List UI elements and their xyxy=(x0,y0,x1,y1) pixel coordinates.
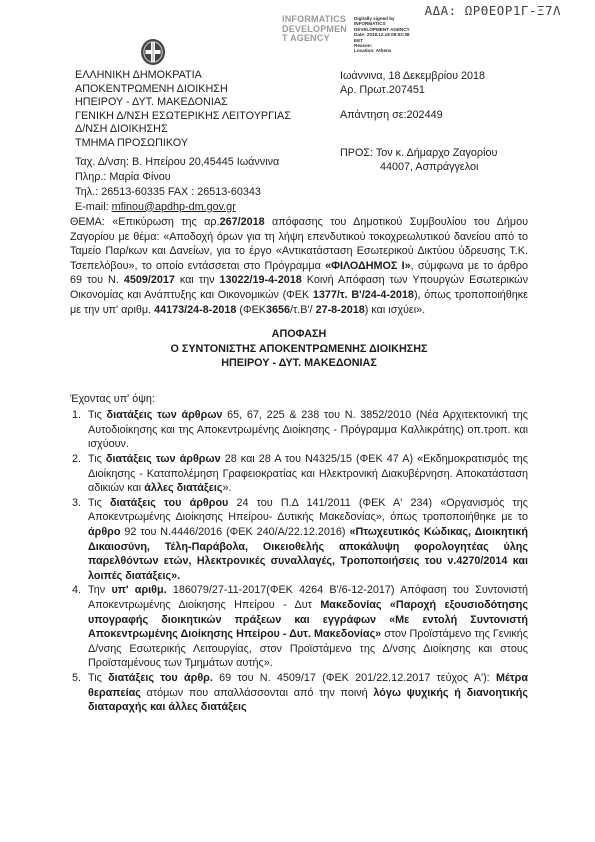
email-link[interactable]: mfinou@apdhp-dm.gov.gr xyxy=(112,201,236,213)
item-number: 2. xyxy=(70,452,88,496)
org-line-administration: ΑΠΟΚΕΝΤΡΩΜΕΝΗ ΔΙΟΙΚΗΣΗ xyxy=(75,83,291,97)
list-item: 4. Την υπ' αριθμ. 186079/27-11-2017(ΦΕΚ … xyxy=(70,583,528,671)
item-number: 5. xyxy=(70,671,88,715)
item-text: Την υπ' αριθμ. 186079/27-11-2017(ΦΕΚ 426… xyxy=(88,583,528,671)
item-text: Τις διατάξεις των άρθρων 28 και 28 Α του… xyxy=(88,452,528,496)
postal-address-line: Ταχ. Δ/νση: Β. Ηπείρου 20,45445 Ιωάννινα xyxy=(75,155,291,170)
item-text: Τις διατάξεις του άρθρ. 69 του Ν. 4509/1… xyxy=(88,671,528,715)
item-number: 3. xyxy=(70,496,88,584)
org-line-region: ΗΠΕΙΡΟΥ - ΔΥΤ. ΜΑΚΕΔΟΝΙΑΣ xyxy=(75,96,291,110)
signature-detail-line: Date: 2018.12.18 08:52:38 xyxy=(354,32,410,37)
email-label: E-mail: xyxy=(75,201,112,213)
decision-heading: ΑΠΟΦΑΣΗ Ο ΣΥΝΤΟΝΙΣΤΗΣ ΑΠΟΚΕΝΤΡΩΜΕΝΗΣ ΔΙΟ… xyxy=(70,327,528,371)
agency-name-line: T AGENCY xyxy=(282,34,347,44)
list-item: 1. Τις διατάξεις των άρθρων 65, 67, 225 … xyxy=(70,408,528,452)
item-text: Τις διατάξεις του άρθρου 24 του Π.Δ 141/… xyxy=(88,496,528,584)
signature-detail-line: Location: Athens xyxy=(354,48,410,53)
item-text: Τις διατάξεις των άρθρων 65, 67, 225 & 2… xyxy=(88,408,528,452)
signature-agency-name: INFORMATICS DEVELOPMEN T AGENCY xyxy=(282,15,347,44)
list-item: 5. Τις διατάξεις του άρθρ. 69 του Ν. 450… xyxy=(70,671,528,715)
considerations-list: 1. Τις διατάξεις των άρθρων 65, 67, 225 … xyxy=(70,408,528,714)
signature-details: Digitally signed by INFORMATICS DEVELOPM… xyxy=(354,16,410,54)
reply-to-line: Απάντηση σε:202449 xyxy=(340,108,497,122)
decision-authority: Ο ΣΥΝΤΟΝΙΣΤΗΣ ΑΠΟΚΕΝΤΡΩΜΕΝΗΣ ΔΙΟΙΚΗΣΗΣ xyxy=(70,342,528,357)
phone-fax-line: Τηλ.: 26513-60335 FAX : 26513-60343 xyxy=(75,185,291,200)
sender-block: ΕΛΛΗΝΙΚΗ ΔΗΜΟΚΡΑΤΙΑ ΑΠΟΚΕΝΤΡΩΜΕΝΗ ΔΙΟΙΚΗ… xyxy=(75,69,291,215)
recipient-line: ΠΡΟΣ: Τον κ. Δήμαρχο Ζαγορίου xyxy=(340,146,497,160)
org-line-directorate-general: ΓΕΝΙΚΗ Δ/ΝΣΗ ΕΣΩΤΕΡΙΚΗΣ ΛΕΙΤΟΥΡΓΙΑΣ xyxy=(75,110,291,124)
org-line-department: ΤΜΗΜΑ ΠΡΟΣΩΠΙΚΟΥ xyxy=(75,137,291,151)
list-item: 3. Τις διατάξεις του άρθρου 24 του Π.Δ 1… xyxy=(70,496,528,584)
meta-block: Ιωάννινα, 18 Δεκεμβρίου 2018 Αρ. Πρωτ.20… xyxy=(340,69,497,174)
recipient-address-line: 44007, Ασπράγγελοι xyxy=(340,160,497,174)
national-emblem-icon xyxy=(138,36,168,68)
item-number: 1. xyxy=(70,408,88,452)
decision-title: ΑΠΟΦΑΣΗ xyxy=(70,327,528,342)
document-page: ΑΔΑ: ΩΡΘΕΟΡ1Γ-Ξ7Λ INFORMATICS DEVELOPMEN… xyxy=(0,0,595,842)
contact-person-line: Πληρ.: Μαρία Φίνου xyxy=(75,170,291,185)
preamble: Έχοντας υπ' όψη: xyxy=(70,392,528,407)
item-number: 4. xyxy=(70,583,88,671)
decision-region: ΗΠΕΙΡΟΥ - ΔΥΤ. ΜΑΚΕΔΟΝΙΑΣ xyxy=(70,356,528,371)
org-line-republic: ΕΛΛΗΝΙΚΗ ΔΗΜΟΚΡΑΤΙΑ xyxy=(75,69,291,83)
place-date-line: Ιωάννινα, 18 Δεκεμβρίου 2018 xyxy=(340,69,497,83)
email-line: E-mail: mfinou@apdhp-dm.gov.gr xyxy=(75,200,291,215)
org-line-directorate: Δ/ΝΣΗ ΔΙΟΙΚΗΣΗΣ xyxy=(75,123,291,137)
subject-paragraph: ΘΕΜΑ: «Επικύρωση της αρ.267/2018 απόφαση… xyxy=(70,215,528,317)
document-body: ΘΕΜΑ: «Επικύρωση της αρ.267/2018 απόφαση… xyxy=(70,215,528,715)
protocol-number-line: Αρ. Πρωτ.207451 xyxy=(340,83,497,97)
digital-signature-stamp: INFORMATICS DEVELOPMEN T AGENCY Digitall… xyxy=(282,15,410,54)
ada-code: ΑΔΑ: ΩΡΘΕΟΡ1Γ-Ξ7Λ xyxy=(425,3,561,18)
list-item: 2. Τις διατάξεις των άρθρων 28 και 28 Α … xyxy=(70,452,528,496)
